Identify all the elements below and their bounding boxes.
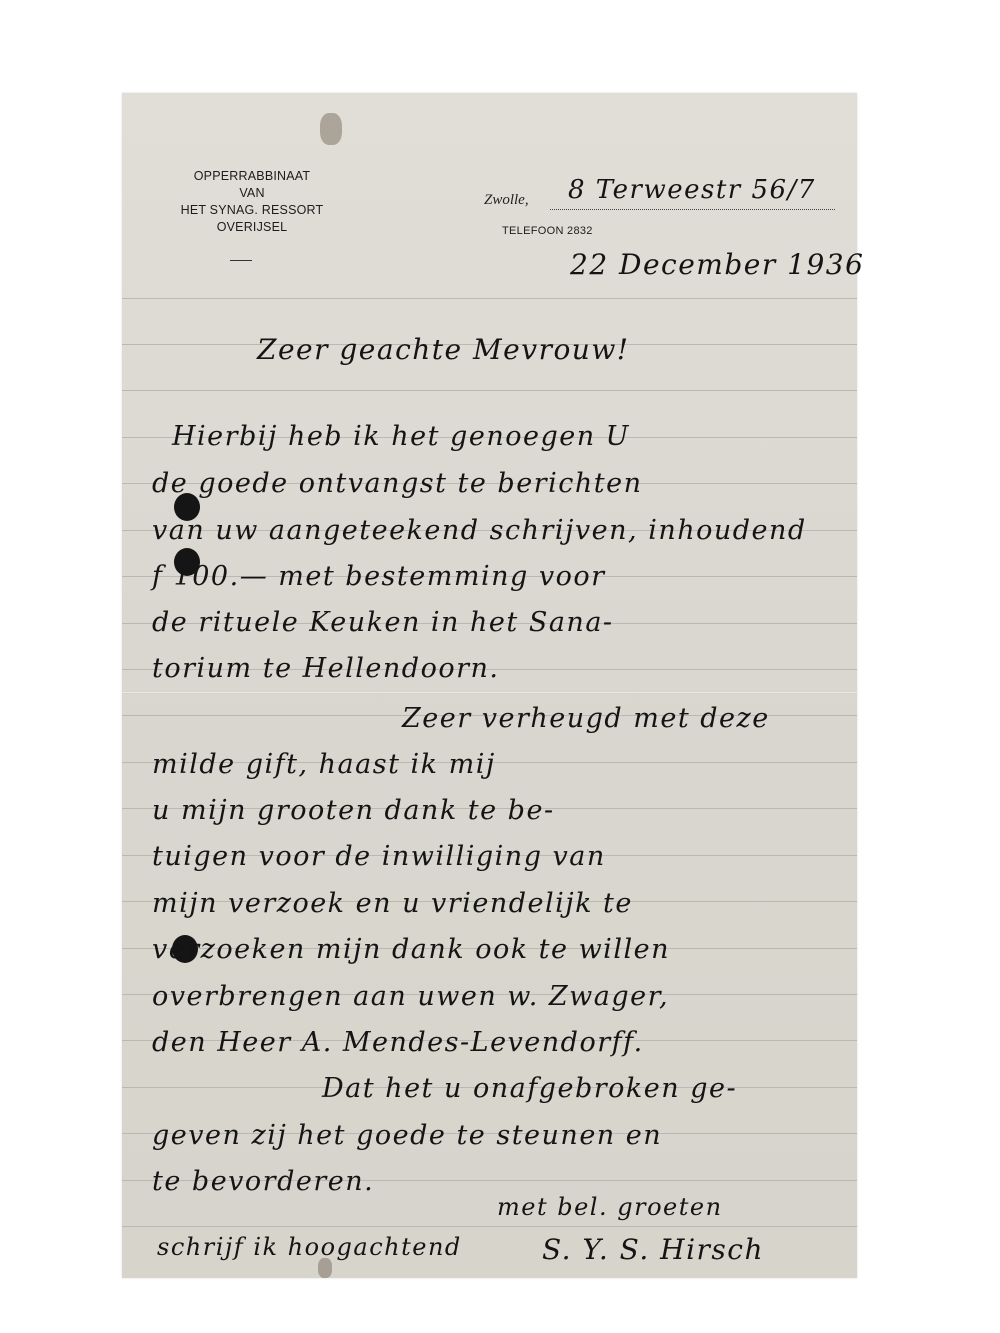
body-line: geven zij het goede te steunen en	[152, 1120, 662, 1151]
letter-paper: OPPERRABBINAAT VAN HET SYNAG. RESSORT OV…	[122, 93, 857, 1278]
body-line: verzoeken mijn dank ook te willen	[152, 934, 670, 965]
body-line: de goede ontvangst te berichten	[152, 468, 642, 499]
letterhead-line: OPPERRABBINAAT	[152, 168, 352, 185]
paper-fold	[122, 691, 857, 694]
body-line: den Heer A. Mendes-Levendorff.	[152, 1027, 644, 1058]
body-line: de rituele Keuken in het Sana-	[152, 607, 614, 638]
letterhead-line: HET SYNAG. RESSORT	[152, 202, 352, 219]
body-line: Dat het u onafgebroken ge-	[322, 1073, 737, 1104]
rule-line	[122, 390, 857, 391]
body-line: milde gift, haast ik mij	[152, 749, 496, 780]
address-handwritten: 8 Terweestr 56/7	[568, 175, 816, 205]
body-line: mijn verzoek en u vriendelijk te	[152, 888, 633, 919]
body-line: u mijn grooten dank te be-	[152, 795, 555, 826]
closing-greeting: met bel. groeten	[497, 1193, 723, 1221]
body-line: Hierbij heb ik het genoegen U	[172, 421, 630, 452]
closing-line: schrijf ik hoogachtend	[157, 1233, 462, 1261]
letterhead-line: VAN	[152, 185, 352, 202]
body-line: overbrengen aan uwen w. Zwager,	[152, 981, 669, 1012]
ink-stain	[320, 113, 342, 145]
body-line: te bevorderen.	[152, 1166, 374, 1197]
body-line: van uw aangeteekend schrijven, inhoudend	[152, 515, 807, 546]
salutation: Zeer geachte Mevrouw!	[257, 333, 630, 366]
body-line: tuigen voor de inwilliging van	[152, 841, 606, 872]
letterhead-org: OPPERRABBINAAT VAN HET SYNAG. RESSORT OV…	[152, 168, 352, 236]
letter-date: 22 December 1936	[570, 248, 864, 281]
body-line: torium te Hellendoorn.	[152, 653, 499, 684]
rule-line	[122, 298, 857, 299]
body-line: Zeer verheugd met deze	[402, 703, 770, 734]
address-dotted-line	[550, 209, 835, 210]
letterhead-divider	[230, 260, 252, 261]
letterhead-line: OVERIJSEL	[152, 219, 352, 236]
rule-line	[122, 1226, 857, 1227]
signature: S. Y. S. Hirsch	[542, 1233, 764, 1266]
body-line: f 100.— met bestemming voor	[152, 561, 606, 592]
ink-stain	[318, 1258, 332, 1278]
city-label: Zwolle,	[484, 192, 529, 209]
telephone-label: TELEFOON 2832	[502, 225, 593, 237]
